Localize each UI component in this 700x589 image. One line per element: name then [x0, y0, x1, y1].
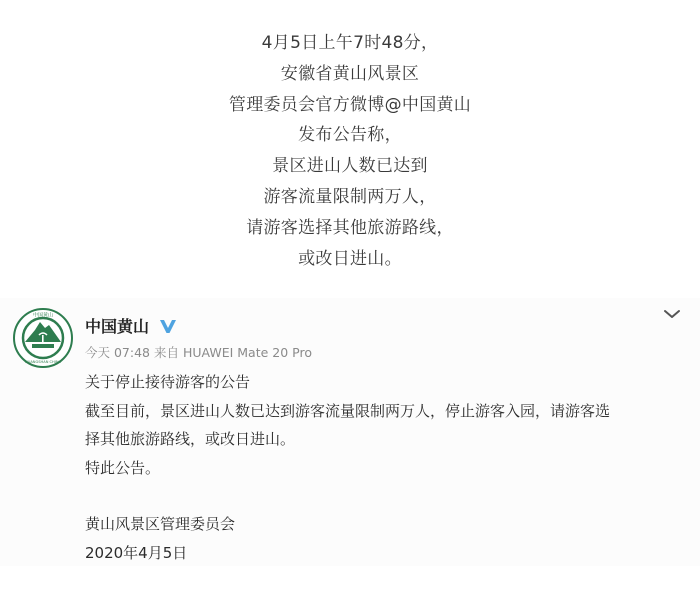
intro-text: 4月5日上午7时48分， 安徽省黄山风景区 管理委员会官方微博@中国黄山 发布公…	[0, 28, 700, 274]
verified-v-icon	[159, 318, 177, 334]
chevron-down-icon	[662, 307, 682, 321]
svg-text:HUANGSHAN CHINA: HUANGSHAN CHINA	[25, 360, 61, 364]
post-body: 关于停止接待游客的公告 截至目前，景区进山人数已达到游客流量限制两万人，停止游客…	[85, 368, 685, 567]
post-text-line: 截至目前，景区进山人数已达到游客流量限制两万人，停止游客入园，请游客选	[85, 397, 685, 426]
intro-line: 景区进山人数已达到	[0, 151, 700, 182]
intro-line: 管理委员会官方微博@中国黄山	[0, 90, 700, 121]
intro-line: 或改日进山。	[0, 244, 700, 275]
post-date: 2020年4月5日	[85, 539, 685, 568]
post-text-line: 择其他旅游路线，或改日进山。	[85, 425, 685, 454]
avatar[interactable]: 中国黄山 HUANGSHAN CHINA	[13, 308, 73, 368]
intro-line: 发布公告称，	[0, 120, 700, 151]
huangshan-logo-icon: 中国黄山 HUANGSHAN CHINA	[13, 308, 73, 368]
spacer	[85, 482, 685, 510]
intro-line: 请游客选择其他旅游路线，	[0, 213, 700, 244]
post-menu-button[interactable]	[662, 306, 682, 320]
post-text-line: 特此公告。	[85, 454, 685, 483]
author-name-row: 中国黄山	[85, 314, 177, 337]
intro-line: 游客流量限制两万人，	[0, 182, 700, 213]
post-meta: 今天 07:48 来自 HUAWEI Mate 20 Pro	[85, 343, 312, 361]
post-title: 关于停止接待游客的公告	[85, 368, 685, 397]
svg-text:中国黄山: 中国黄山	[33, 312, 53, 319]
intro-line: 安徽省黄山风景区	[0, 59, 700, 90]
author-name[interactable]: 中国黄山	[85, 314, 149, 337]
post-signature: 黄山风景区管理委员会	[85, 510, 685, 539]
intro-line: 4月5日上午7时48分，	[0, 28, 700, 59]
